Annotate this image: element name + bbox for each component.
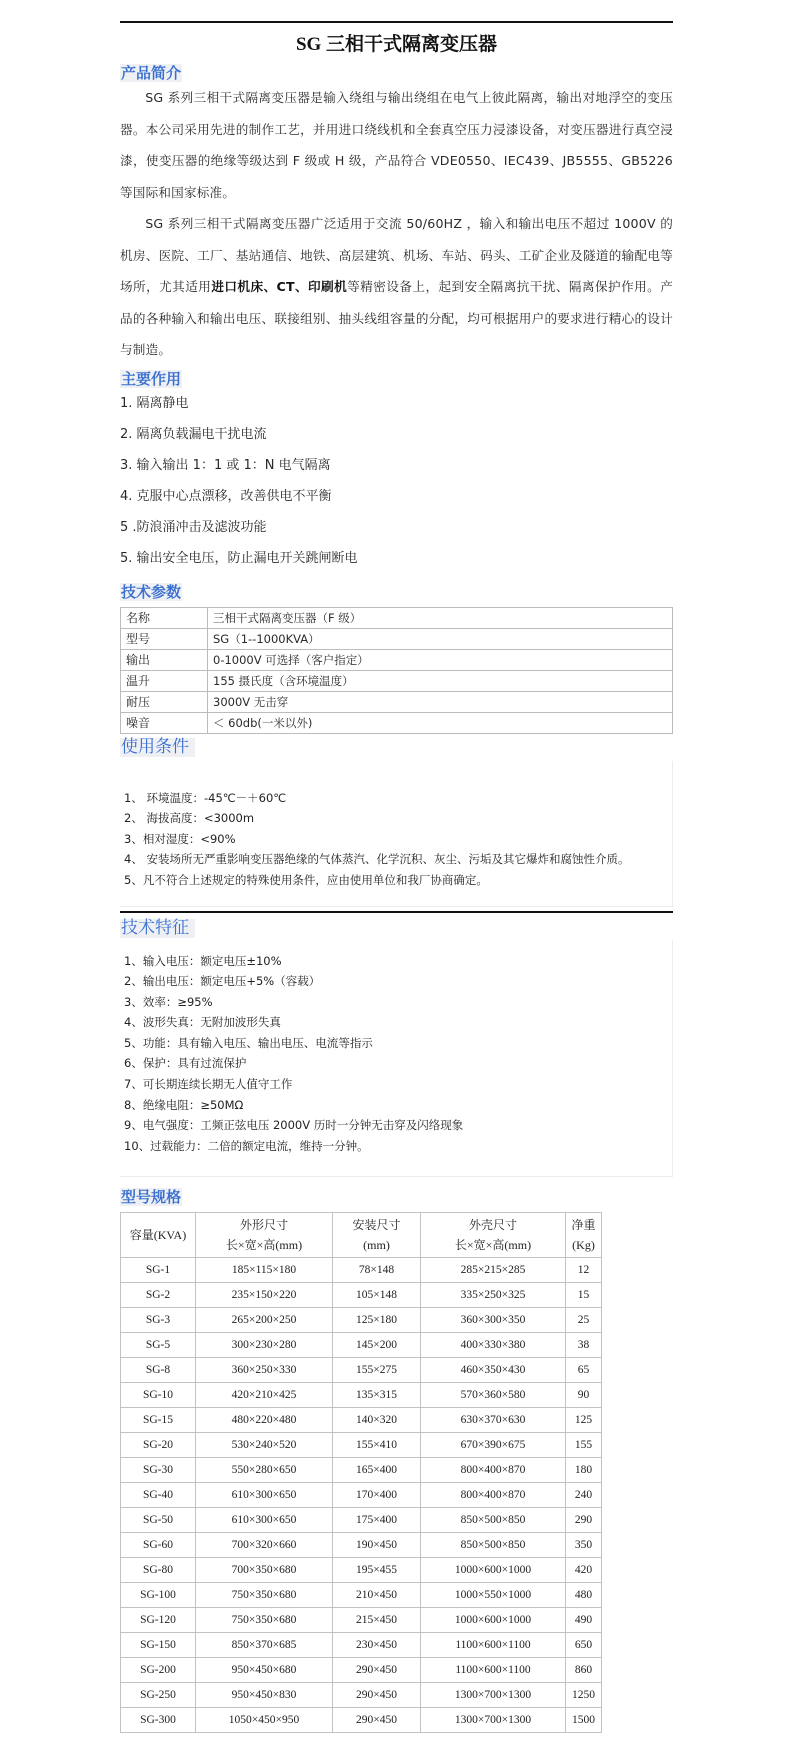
install-size-cell: 215×450 xyxy=(333,1607,421,1632)
capacity-cell: SG-30 xyxy=(121,1457,196,1482)
table-row: SG-5300×230×280145×200400×330×38038 xyxy=(121,1332,602,1357)
install-size-cell: 165×400 xyxy=(333,1457,421,1482)
intro-paragraph-1: SG 系列三相干式隔离变压器是输入绕组与输出绕组在电气上彼此隔离，输出对地浮空的… xyxy=(120,82,673,208)
section-heading-intro: 产品简介 xyxy=(120,64,182,82)
function-item: 3. 输入输出 1：1 或 1：N 电气隔离 xyxy=(120,450,673,481)
outline-size-cell: 850×370×685 xyxy=(196,1632,333,1657)
outline-size-cell: 950×450×680 xyxy=(196,1657,333,1682)
outline-size-cell: 265×200×250 xyxy=(196,1307,333,1332)
shell-size-cell: 1300×700×1300 xyxy=(421,1682,566,1707)
condition-item: 4、 安装场所无严重影响变压器绝缘的气体蒸汽、化学沉积、灰尘、污垢及其它爆炸和腐… xyxy=(124,849,668,870)
net-weight-cell: 420 xyxy=(566,1557,602,1582)
feature-item: 1、输入电压：额定电压±10% xyxy=(124,951,668,972)
capacity-cell: SG-5 xyxy=(121,1332,196,1357)
install-size-cell: 290×450 xyxy=(333,1657,421,1682)
function-item: 2. 隔离负载漏电干扰电流 xyxy=(120,419,673,450)
param-value: SG（1--1000KVA） xyxy=(208,628,673,649)
table-row: SG-8360×250×330155×275460×350×43065 xyxy=(121,1357,602,1382)
table-row: SG-250950×450×830290×4501300×700×1300125… xyxy=(121,1682,602,1707)
section-heading-specs: 型号规格 xyxy=(120,1188,182,1206)
top-divider xyxy=(120,21,673,23)
net-weight-cell: 240 xyxy=(566,1482,602,1507)
shell-size-cell: 1100×600×1100 xyxy=(421,1657,566,1682)
function-item: 1. 隔离静电 xyxy=(120,388,673,419)
param-value: 三相干式隔离变压器（F 级） xyxy=(208,607,673,628)
column-header-capacity: 容量(KVA) xyxy=(121,1212,196,1257)
table-row: SG-15480×220×480140×320630×370×630125 xyxy=(121,1407,602,1432)
net-weight-cell: 650 xyxy=(566,1632,602,1657)
outline-size-cell: 300×230×280 xyxy=(196,1332,333,1357)
install-size-cell: 105×148 xyxy=(333,1282,421,1307)
table-row: SG-40610×300×650170×400800×400×870240 xyxy=(121,1482,602,1507)
outline-size-cell: 235×150×220 xyxy=(196,1282,333,1307)
shell-size-cell: 850×500×850 xyxy=(421,1532,566,1557)
net-weight-cell: 350 xyxy=(566,1532,602,1557)
function-item: 5. 输出安全电压，防止漏电开关跳闸断电 xyxy=(120,543,673,574)
install-size-cell: 290×450 xyxy=(333,1682,421,1707)
install-size-cell: 140×320 xyxy=(333,1407,421,1432)
capacity-cell: SG-40 xyxy=(121,1482,196,1507)
table-row: SG-200950×450×680290×4501100×600×1100860 xyxy=(121,1657,602,1682)
table-row: SG-1185×115×18078×148285×215×28512 xyxy=(121,1257,602,1282)
capacity-cell: SG-100 xyxy=(121,1582,196,1607)
outline-size-cell: 185×115×180 xyxy=(196,1257,333,1282)
table-row: SG-60700×320×660190×450850×500×850350 xyxy=(121,1532,602,1557)
table-row: SG-50610×300×650175×400850×500×850290 xyxy=(121,1507,602,1532)
intro-paragraph-2: SG 系列三相干式隔离变压器广泛适用于交流 50/60HZ ，输入和输出电压不超… xyxy=(120,208,673,366)
capacity-cell: SG-1 xyxy=(121,1257,196,1282)
shell-size-cell: 285×215×285 xyxy=(421,1257,566,1282)
outline-size-cell: 750×350×680 xyxy=(196,1582,333,1607)
net-weight-cell: 38 xyxy=(566,1332,602,1357)
net-weight-cell: 15 xyxy=(566,1282,602,1307)
capacity-cell: SG-150 xyxy=(121,1632,196,1657)
column-header-net-weight: 净重(Kg) xyxy=(566,1212,602,1257)
feature-item: 4、波形失真：无附加波形失真 xyxy=(124,1012,668,1033)
capacity-cell: SG-2 xyxy=(121,1282,196,1307)
shell-size-cell: 570×360×580 xyxy=(421,1382,566,1407)
table-header-row: 容量(KVA) 外形尺寸长×宽×高(mm) 安装尺寸(mm) 外壳尺寸长×宽×高… xyxy=(121,1212,602,1257)
feature-item: 6、保护：具有过流保护 xyxy=(124,1053,668,1074)
install-size-cell: 155×410 xyxy=(333,1432,421,1457)
outline-size-cell: 610×300×650 xyxy=(196,1507,333,1532)
function-item: 4. 克服中心点漂移，改善供电不平衡 xyxy=(120,481,673,512)
feature-item: 10、过载能力：二倍的额定电流，维持一分钟。 xyxy=(124,1136,668,1157)
condition-item: 2、 海拔高度：<3000m xyxy=(124,808,668,829)
install-size-cell: 135×315 xyxy=(333,1382,421,1407)
net-weight-cell: 90 xyxy=(566,1382,602,1407)
conditions-box: 1、 环境温度：-45℃－＋60℃ 2、 海拔高度：<3000m 3、相对湿度：… xyxy=(120,761,673,907)
install-size-cell: 175×400 xyxy=(333,1507,421,1532)
table-row: 型号SG（1--1000KVA） xyxy=(121,628,673,649)
condition-item: 3、相对湿度：<90% xyxy=(124,829,668,850)
param-value: ＜ 60db(一米以外) xyxy=(208,712,673,733)
table-row: SG-2235×150×220105×148335×250×32515 xyxy=(121,1282,602,1307)
table-row: SG-80700×350×680195×4551000×600×1000420 xyxy=(121,1557,602,1582)
shell-size-cell: 1000×600×1000 xyxy=(421,1607,566,1632)
table-row: SG-30550×280×650165×400800×400×870180 xyxy=(121,1457,602,1482)
feature-item: 5、功能：具有输入电压、输出电压、电流等指示 xyxy=(124,1033,668,1054)
capacity-cell: SG-120 xyxy=(121,1607,196,1632)
outline-size-cell: 360×250×330 xyxy=(196,1357,333,1382)
net-weight-cell: 1250 xyxy=(566,1682,602,1707)
param-key: 输出 xyxy=(121,649,208,670)
shell-size-cell: 460×350×430 xyxy=(421,1357,566,1382)
net-weight-cell: 65 xyxy=(566,1357,602,1382)
column-header-shell-size: 外壳尺寸长×宽×高(mm) xyxy=(421,1212,566,1257)
capacity-cell: SG-250 xyxy=(121,1682,196,1707)
param-value: 155 摄氏度（含环境温度） xyxy=(208,670,673,691)
table-row: 噪音＜ 60db(一米以外) xyxy=(121,712,673,733)
table-row: 温升155 摄氏度（含环境温度） xyxy=(121,670,673,691)
install-size-cell: 170×400 xyxy=(333,1482,421,1507)
section-heading-functions: 主要作用 xyxy=(120,370,182,388)
capacity-cell: SG-10 xyxy=(121,1382,196,1407)
feature-item: 7、可长期连续长期无人值守工作 xyxy=(124,1074,668,1095)
column-header-install-size: 安装尺寸(mm) xyxy=(333,1212,421,1257)
net-weight-cell: 25 xyxy=(566,1307,602,1332)
net-weight-cell: 12 xyxy=(566,1257,602,1282)
feature-item: 3、效率：≥95% xyxy=(124,992,668,1013)
features-box: 1、输入电压：额定电压±10% 2、输出电压：额定电压+5%（容载） 3、效率：… xyxy=(120,940,673,1177)
table-row: SG-10420×210×425135×315570×360×58090 xyxy=(121,1382,602,1407)
shell-size-cell: 800×400×870 xyxy=(421,1457,566,1482)
column-header-outline-size: 外形尺寸长×宽×高(mm) xyxy=(196,1212,333,1257)
intro-paragraph-2-bold: 进口机床、CT、印刷机 xyxy=(211,279,347,294)
capacity-cell: SG-80 xyxy=(121,1557,196,1582)
feature-item: 2、输出电压：额定电压+5%（容载） xyxy=(124,971,668,992)
conditions-list: 1、 环境温度：-45℃－＋60℃ 2、 海拔高度：<3000m 3、相对湿度：… xyxy=(124,788,668,891)
outline-size-cell: 530×240×520 xyxy=(196,1432,333,1457)
feature-item: 8、绝缘电阻：≥50MΩ xyxy=(124,1095,668,1116)
net-weight-cell: 490 xyxy=(566,1607,602,1632)
capacity-cell: SG-20 xyxy=(121,1432,196,1457)
function-item: 5 .防浪涌冲击及滤波功能 xyxy=(120,512,673,543)
outline-size-cell: 550×280×650 xyxy=(196,1457,333,1482)
outline-size-cell: 420×210×425 xyxy=(196,1382,333,1407)
param-value: 3000V 无击穿 xyxy=(208,691,673,712)
shell-size-cell: 1000×550×1000 xyxy=(421,1582,566,1607)
condition-item: 1、 环境温度：-45℃－＋60℃ xyxy=(124,788,668,809)
capacity-cell: SG-60 xyxy=(121,1532,196,1557)
shell-size-cell: 1100×600×1100 xyxy=(421,1632,566,1657)
table-row: SG-150850×370×685230×4501100×600×1100650 xyxy=(121,1632,602,1657)
param-key: 噪音 xyxy=(121,712,208,733)
shell-size-cell: 850×500×850 xyxy=(421,1507,566,1532)
capacity-cell: SG-8 xyxy=(121,1357,196,1382)
capacity-cell: SG-15 xyxy=(121,1407,196,1432)
install-size-cell: 210×450 xyxy=(333,1582,421,1607)
install-size-cell: 190×450 xyxy=(333,1532,421,1557)
install-size-cell: 145×200 xyxy=(333,1332,421,1357)
capacity-cell: SG-50 xyxy=(121,1507,196,1532)
table-row: SG-3265×200×250125×180360×300×35025 xyxy=(121,1307,602,1332)
install-size-cell: 125×180 xyxy=(333,1307,421,1332)
net-weight-cell: 1500 xyxy=(566,1707,602,1732)
net-weight-cell: 125 xyxy=(566,1407,602,1432)
net-weight-cell: 180 xyxy=(566,1457,602,1482)
section-divider xyxy=(120,911,673,913)
table-row: SG-3001050×450×950290×4501300×700×130015… xyxy=(121,1707,602,1732)
param-key: 型号 xyxy=(121,628,208,649)
outline-size-cell: 700×320×660 xyxy=(196,1532,333,1557)
install-size-cell: 290×450 xyxy=(333,1707,421,1732)
param-key: 名称 xyxy=(121,607,208,628)
page-title: SG 三相干式隔离变压器 xyxy=(120,32,673,58)
net-weight-cell: 860 xyxy=(566,1657,602,1682)
table-row: 名称三相干式隔离变压器（F 级） xyxy=(121,607,673,628)
net-weight-cell: 290 xyxy=(566,1507,602,1532)
outline-size-cell: 950×450×830 xyxy=(196,1682,333,1707)
params-table: 名称三相干式隔离变压器（F 级） 型号SG（1--1000KVA） 输出0-10… xyxy=(120,607,673,734)
shell-size-cell: 800×400×870 xyxy=(421,1482,566,1507)
outline-size-cell: 700×350×680 xyxy=(196,1557,333,1582)
specs-table: 容量(KVA) 外形尺寸长×宽×高(mm) 安装尺寸(mm) 外壳尺寸长×宽×高… xyxy=(120,1212,602,1733)
shell-size-cell: 670×390×675 xyxy=(421,1432,566,1457)
section-heading-params: 技术参数 xyxy=(120,583,182,601)
table-row: 耐压3000V 无击穿 xyxy=(121,691,673,712)
param-value: 0-1000V 可选择（客户指定） xyxy=(208,649,673,670)
shell-size-cell: 1300×700×1300 xyxy=(421,1707,566,1732)
net-weight-cell: 155 xyxy=(566,1432,602,1457)
shell-size-cell: 360×300×350 xyxy=(421,1307,566,1332)
section-heading-features: 技术特征 xyxy=(120,919,195,938)
shell-size-cell: 1000×600×1000 xyxy=(421,1557,566,1582)
shell-size-cell: 630×370×630 xyxy=(421,1407,566,1432)
shell-size-cell: 400×330×380 xyxy=(421,1332,566,1357)
install-size-cell: 195×455 xyxy=(333,1557,421,1582)
capacity-cell: SG-300 xyxy=(121,1707,196,1732)
net-weight-cell: 480 xyxy=(566,1582,602,1607)
table-row: 输出0-1000V 可选择（客户指定） xyxy=(121,649,673,670)
capacity-cell: SG-200 xyxy=(121,1657,196,1682)
shell-size-cell: 335×250×325 xyxy=(421,1282,566,1307)
specs-table-body: SG-1185×115×18078×148285×215×28512SG-223… xyxy=(121,1257,602,1732)
capacity-cell: SG-3 xyxy=(121,1307,196,1332)
outline-size-cell: 610×300×650 xyxy=(196,1482,333,1507)
section-heading-conditions: 使用条件 xyxy=(120,738,195,757)
install-size-cell: 155×275 xyxy=(333,1357,421,1382)
param-key: 温升 xyxy=(121,670,208,691)
table-row: SG-120750×350×680215×4501000×600×1000490 xyxy=(121,1607,602,1632)
table-row: SG-20530×240×520155×410670×390×675155 xyxy=(121,1432,602,1457)
install-size-cell: 78×148 xyxy=(333,1257,421,1282)
product-page: SG 三相干式隔离变压器 产品简介 SG 系列三相干式隔离变压器是输入绕组与输出… xyxy=(120,0,673,1733)
table-row: SG-100750×350×680210×4501000×550×1000480 xyxy=(121,1582,602,1607)
condition-item: 5、凡不符合上述规定的特殊使用条件，应由使用单位和我厂协商确定。 xyxy=(124,870,668,891)
param-key: 耐压 xyxy=(121,691,208,712)
feature-item: 9、电气强度：工频正弦电压 2000V 历时一分钟无击穿及闪络现象 xyxy=(124,1115,668,1136)
features-list: 1、输入电压：额定电压±10% 2、输出电压：额定电压+5%（容载） 3、效率：… xyxy=(124,951,668,1157)
functions-list: 1. 隔离静电 2. 隔离负载漏电干扰电流 3. 输入输出 1：1 或 1：N … xyxy=(120,388,673,574)
outline-size-cell: 480×220×480 xyxy=(196,1407,333,1432)
outline-size-cell: 1050×450×950 xyxy=(196,1707,333,1732)
outline-size-cell: 750×350×680 xyxy=(196,1607,333,1632)
install-size-cell: 230×450 xyxy=(333,1632,421,1657)
